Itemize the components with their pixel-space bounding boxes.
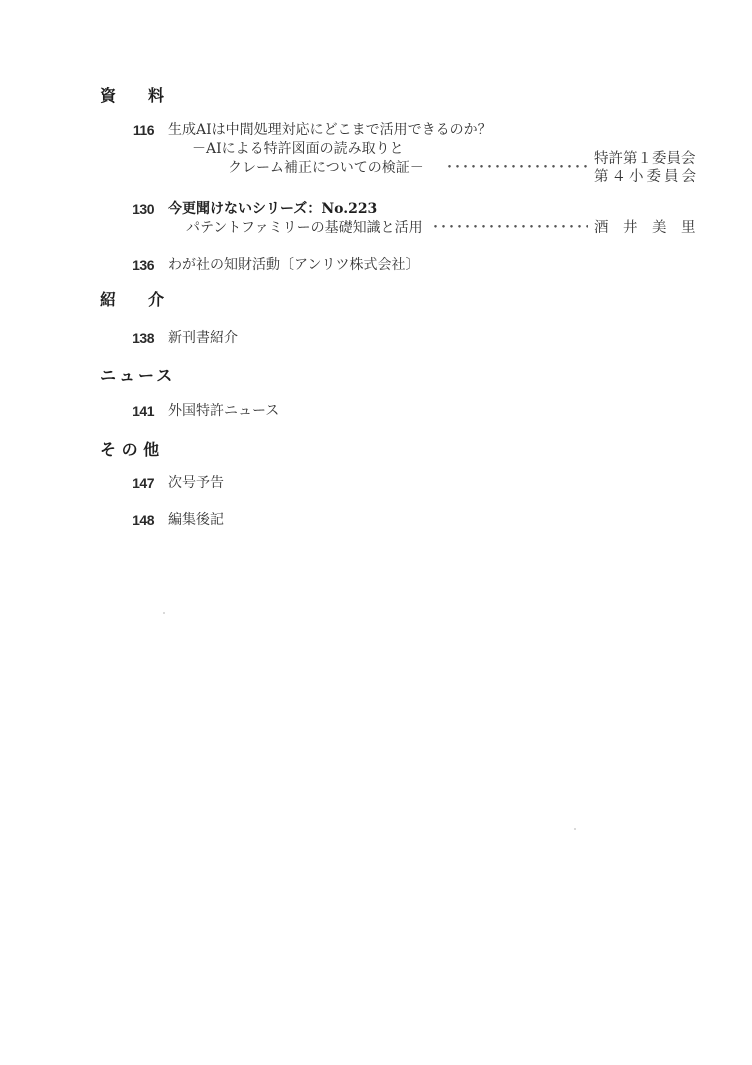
page-number: 148: [122, 511, 154, 529]
scan-artifact: [574, 828, 576, 830]
entry-author: 第４小委員会: [594, 168, 699, 186]
scan-artifact: [163, 612, 165, 614]
entry-title-line[interactable]: わが社の知財活動〔アンリツ株式会社〕: [168, 256, 419, 274]
entry-title-line[interactable]: 次号予告: [168, 474, 224, 492]
series-number: No.223: [321, 201, 377, 217]
entry-title-line[interactable]: 編集後記: [168, 511, 224, 529]
entry-subtitle-line: クレーム補正についての検証－: [228, 159, 424, 177]
section-heading-introduction: 紹 介: [100, 290, 164, 310]
page-number: 147: [122, 474, 154, 492]
section-heading-news: ニュース: [100, 366, 175, 386]
entry-title-line[interactable]: 生成AIは中間処理対応にどこまで活用できるのか？: [168, 121, 492, 139]
entry-subtitle-line: パテントファミリーの基礎知識と活用: [186, 219, 423, 237]
entry-author: 酒 井 美 里: [594, 219, 696, 237]
series-title: 今更聞けないシリーズ：: [168, 201, 321, 217]
page-number: 141: [122, 402, 154, 420]
entry-title-line[interactable]: 新刊書紹介: [168, 329, 238, 347]
page-number: 116: [122, 121, 154, 139]
entry-subtitle-line: －AIによる特許図面の読み取りと: [192, 140, 404, 158]
entry-author: 特許第１委員会: [594, 150, 696, 168]
section-heading-other: そ の 他: [100, 440, 159, 460]
page-number: 136: [122, 256, 154, 274]
page-number: 138: [122, 329, 154, 347]
entry-title-line[interactable]: 外国特許ニュース: [168, 402, 279, 420]
entry-title-line[interactable]: 今更聞けないシリーズ：No.223: [168, 200, 377, 218]
dot-leader: ････････････････････････････････････････…: [446, 159, 588, 177]
section-heading-materials: 資 料: [100, 86, 164, 106]
dot-leader: ････････････････････････････････････････…: [432, 219, 588, 237]
page-number: 130: [122, 200, 154, 218]
